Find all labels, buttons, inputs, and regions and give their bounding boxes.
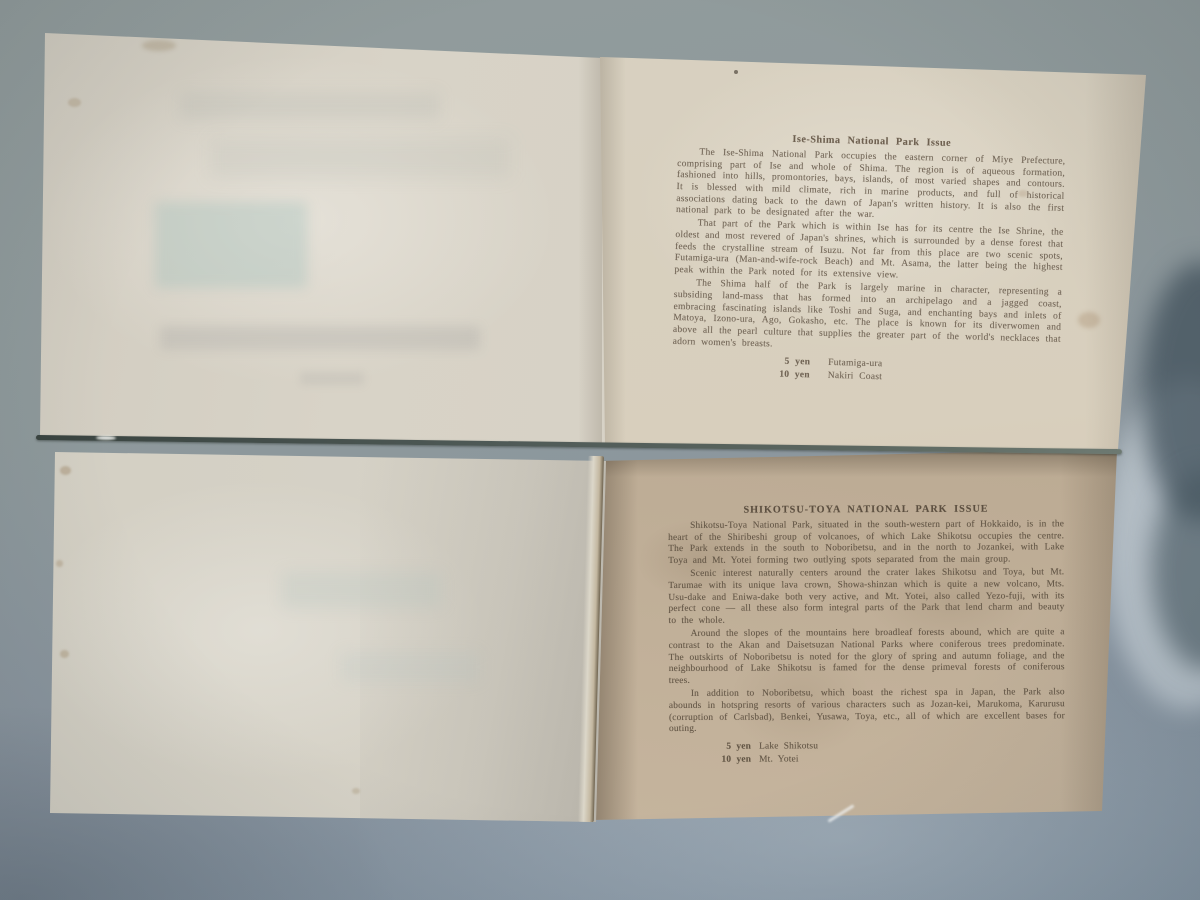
light-glint bbox=[96, 436, 116, 440]
bleed-through-text-mark bbox=[300, 372, 364, 385]
stamp-name: Nakiri Coast bbox=[828, 370, 883, 384]
ise-shima-paragraph-3: The Shima half of the Park is largely ma… bbox=[673, 278, 1063, 358]
paper-speck bbox=[734, 70, 738, 74]
paper-stain bbox=[142, 40, 176, 51]
paper-stain bbox=[60, 466, 71, 475]
stamp-value: 10 yen bbox=[764, 368, 810, 382]
stamp-value: 10 yen bbox=[705, 753, 751, 766]
shikotsu-toya-text-block: SHIKOTSU-TOYA NATIONAL PARK ISSUE Shikot… bbox=[668, 503, 1065, 766]
ise-shima-text-block: Ise-Shima National Park Issue The Ise-Sh… bbox=[672, 131, 1066, 388]
photo-of-stamp-booklets: Ise-Shima National Park Issue The Ise-Sh… bbox=[0, 0, 1200, 900]
bleed-through-mark bbox=[340, 652, 480, 682]
shikotsu-toya-title: SHIKOTSU-TOYA NATIONAL PARK ISSUE bbox=[668, 503, 1064, 517]
gutter-shadow bbox=[578, 55, 602, 449]
paper-stain bbox=[1078, 312, 1100, 328]
page-shadow-band bbox=[360, 450, 610, 824]
shikotsu-toya-paragraph-2: Scenic interest naturally centers around… bbox=[668, 568, 1064, 628]
stamp-row: 10 yen Mt. Yotei bbox=[705, 752, 1065, 766]
stamp-value: 5 yen bbox=[705, 741, 751, 754]
shikotsu-toya-paragraph-1: Shikotsu-Toya National Park, situated in… bbox=[668, 519, 1064, 568]
paper-stain bbox=[352, 788, 360, 794]
ise-shima-paragraph-2: That part of the Park which is within Is… bbox=[674, 218, 1063, 286]
bleed-through-stamp-mark bbox=[155, 202, 307, 288]
shikotsu-toya-paragraph-3: Around the slopes of the mountains here … bbox=[669, 628, 1065, 688]
stamp-value: 5 yen bbox=[764, 355, 810, 369]
paper-stain bbox=[68, 98, 81, 107]
stamp-name: Mt. Yotei bbox=[759, 753, 799, 766]
paper-stain bbox=[56, 560, 63, 567]
bleed-through-text-mark bbox=[160, 326, 480, 350]
bleed-through-mark bbox=[180, 92, 440, 120]
shikotsu-toya-stamp-list: 5 yen Lake Shikotsu 10 yen Mt. Yotei bbox=[669, 739, 1065, 766]
paper-stain bbox=[60, 650, 69, 658]
shikotsu-toya-paragraph-4: In addition to Noboribetsu, which boast … bbox=[669, 688, 1065, 737]
stamp-name: Lake Shikotsu bbox=[759, 741, 818, 754]
ise-shima-paragraph-1: The Ise-Shima National Park occupies the… bbox=[676, 147, 1066, 227]
bleed-through-mark bbox=[282, 572, 442, 608]
bleed-through-mark bbox=[210, 138, 510, 178]
